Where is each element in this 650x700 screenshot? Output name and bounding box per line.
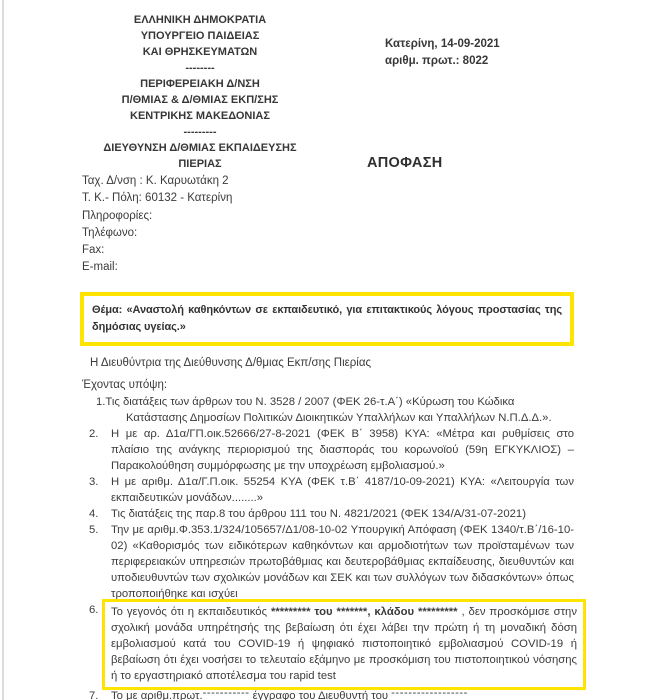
- decision-document-page: ΕΛΛΗΝΙΚΗ ΔΗΜΟΚΡΑΤΙΑΥΠΟΥΡΓΕΙΟ ΠΑΙΔΕΙΑΣΚΑΙ…: [0, 0, 650, 700]
- decision-title: ΑΠΟΦΑΣΗ: [367, 155, 442, 171]
- list-item-3: 3.Η με αριθμ. Δ1α/Γ.Π.οικ. 55254 ΚΥΑ (ΦΕ…: [82, 474, 574, 506]
- list-item-2: 2.Η με αρ. Δ1α/ΓΠ.οικ.52666/27-8-2021 (Φ…: [82, 426, 574, 474]
- separator-dashes: ---------: [50, 124, 350, 140]
- authority-line: ΚΑΙ ΘΡΗΣΚΕΥΜΑΤΩΝ: [50, 44, 350, 60]
- item-text-segment: Τις διατάξεις της παρ.8 του άρθρου 111 τ…: [111, 508, 526, 520]
- item-number: 5.: [82, 522, 111, 602]
- item-text-segment: έγγραφο του Διευθυντή του: [250, 690, 392, 700]
- authority-line: ΕΛΛΗΝΙΚΗ ΔΗΜΟΚΡΑΤΙΑ: [50, 12, 350, 28]
- subject-text: Θέμα: «Αναστολή καθηκόντων σε εκπαιδευτι…: [92, 304, 562, 333]
- authority-line: ΠΕΡΙΦΕΡΕΙΑΚΗ Δ/ΝΣΗ: [50, 76, 350, 92]
- issuer-line: Η Διευθύντρια της Διεύθυνσης Δ/θμιας Εκπ…: [90, 355, 574, 371]
- subject-box: Θέμα: «Αναστολή καθηκόντων σε εκπαιδευτι…: [80, 292, 574, 346]
- separator-dashes: --------: [50, 60, 350, 76]
- issuing-authority-block: ΕΛΛΗΝΙΚΗ ΔΗΜΟΚΡΑΤΙΑΥΠΟΥΡΓΕΙΟ ΠΑΙΔΕΙΑΣΚΑΙ…: [50, 12, 350, 172]
- list-item-5: 5.Την με αριθμ.Φ.353.1/324/105657/Δ1/08-…: [82, 522, 574, 602]
- item-text-segment: Το με αριθμ.πρωτ.: [111, 690, 203, 700]
- item-text: Τις διατάξεις της παρ.8 του άρθρου 111 τ…: [111, 506, 574, 522]
- contact-block: Ταχ. Δ/νση : Κ. Καρυωτάκη 2Τ. Κ.- Πόλη: …: [82, 173, 232, 277]
- item-number: 1.: [96, 396, 105, 408]
- item-text-segment: Την με αριθμ.Φ.353.1/324/105657/Δ1/08-10…: [111, 524, 574, 600]
- item-text-segment: Η με αρ. Δ1α/ΓΠ.οικ.52666/27-8-2021 (ΦΕΚ…: [111, 428, 574, 472]
- item-text-segment: Το γεγονός ότι η εκπαιδευτικός: [111, 606, 271, 618]
- authority-line: ΠΙΕΡΙΑΣ: [50, 156, 350, 172]
- having-regard-line: Έχοντας υπόψη:: [82, 377, 574, 393]
- item-text-segment: ********* του *******, κλάδου *********: [271, 606, 462, 618]
- document-body: Θέμα: «Αναστολή καθηκόντων σε εκπαιδευτι…: [80, 292, 574, 700]
- item-text-segment: Η με αριθμ. Δ1α/Γ.Π.οικ. 55254 ΚΥΑ (ΦΕΚ …: [111, 476, 574, 504]
- item-text: Η με αρ. Δ1α/ΓΠ.οικ.52666/27-8-2021 (ΦΕΚ…: [111, 426, 574, 474]
- item-text: Η με αριθμ. Δ1α/Γ.Π.οικ. 55254 ΚΥΑ (ΦΕΚ …: [111, 474, 574, 506]
- highlighted-item-text: Το γεγονός ότι η εκπαιδευτικός *********…: [102, 599, 586, 690]
- page-left-edge-line: [2, 0, 4, 700]
- list-item-6: 6.Το γεγονός ότι η εκπαιδευτικός *******…: [82, 602, 574, 688]
- legal-basis-list: 1.Τις διατάξεις των άρθρων του Ν. 3528 /…: [82, 394, 574, 700]
- authority-line: ΔΙΕΥΘΥΝΣΗ Δ/ΘΜΙΑΣ ΕΚΠΑΙΔΕΥΣΗΣ: [50, 140, 350, 156]
- item-number: 2.: [82, 426, 111, 474]
- item-text-segment: Τις διατάξεις των άρθρων του Ν. 3528 / 2…: [105, 396, 551, 424]
- protocol-number-line: αριθμ. πρωτ.: 8022: [385, 53, 500, 70]
- contact-line: Τ. Κ.- Πόλη: 60132 - Κατερίνη: [82, 190, 232, 207]
- place-date-line: Κατερίνη, 14-09-2021: [385, 36, 500, 53]
- authority-line: ΚΕΝΤΡΙΚΗΣ ΜΑΚΕΔΟΝΙΑΣ: [50, 108, 350, 124]
- contact-line: Πληροφορίες:: [82, 208, 232, 225]
- contact-line: Ταχ. Δ/νση : Κ. Καρυωτάκη 2: [82, 173, 232, 190]
- list-item-4: 4.Τις διατάξεις της παρ.8 του άρθρου 111…: [82, 506, 574, 522]
- authority-line: ΥΠΟΥΡΓΕΙΟ ΠΑΙΔΕΙΑΣ: [50, 28, 350, 44]
- contact-line: Fax:: [82, 242, 232, 259]
- authority-line: Π/ΘΜΙΑΣ & Δ/ΘΜΙΑΣ ΕΚΠ/ΣΗΣ: [50, 92, 350, 108]
- item-text: Την με αριθμ.Φ.353.1/324/105657/Δ1/08-10…: [111, 522, 574, 602]
- date-protocol-block: Κατερίνη, 14-09-2021 αριθμ. πρωτ.: 8022: [385, 36, 500, 69]
- list-item-1: 1.Τις διατάξεις των άρθρων του Ν. 3528 /…: [82, 394, 574, 426]
- item-number: 3.: [82, 474, 111, 506]
- item-number: 4.: [82, 506, 111, 522]
- contact-line: E-mail:: [82, 259, 232, 276]
- contact-line: Τηλέφωνο:: [82, 225, 232, 242]
